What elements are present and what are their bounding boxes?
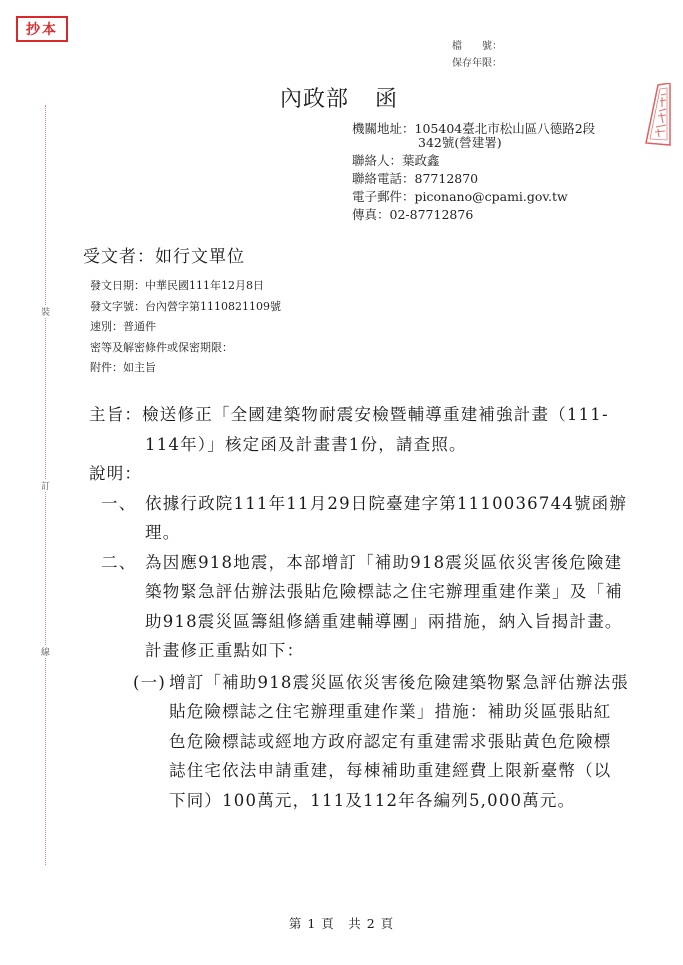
agency-name: 內政部 [280, 87, 349, 112]
contact-person: 葉政鑫 [402, 152, 440, 170]
email-label: 電子郵件： [352, 188, 415, 206]
phone-value: 87712870 [415, 170, 479, 188]
copy-stamp: 抄本 [16, 16, 68, 42]
address-label: 機關地址： [352, 120, 415, 138]
phone-label: 聯絡電話： [352, 170, 415, 188]
file-number-label: 檔 號： [452, 38, 502, 55]
fax-label: 傳真： [352, 206, 390, 224]
document-type: 函 [375, 87, 398, 112]
secrecy-row: 密等及解密條件或保密期限： [90, 338, 281, 359]
dispatch-number-label: 發文字號： [90, 300, 145, 313]
recipient-value: 如行文單位 [155, 247, 245, 267]
dispatch-info: 發文日期：中華民國111年12月8日 發文字號：台內營字第1110821109號… [90, 276, 281, 379]
retention-label: 保存年限： [452, 55, 502, 72]
page-title: 內政部函 [280, 82, 398, 113]
file-meta: 檔 號： 保存年限： [452, 38, 502, 72]
item-text: 為因應918地震，本部增訂「補助918震災區依災害後危險建築物緊急評估辦法張貼危… [145, 553, 623, 661]
speed-value: 普通件 [123, 320, 156, 333]
item-text: 依據行政院111年11月29日院臺建字第1110036744號函辦理。 [145, 494, 627, 543]
binding-mark-xian: 線 [39, 645, 52, 658]
attachment-value: 如主旨 [123, 361, 156, 374]
recipient-label: 受文者： [83, 247, 155, 267]
explanation-item-2: 二、 為因應918地震，本部增訂「補助918震災區依災害後危險建築物緊急評估辦法… [89, 548, 629, 666]
speed-label: 速別： [90, 320, 123, 333]
page-number: 第 1 頁 共 2 頁 [0, 914, 683, 932]
document-body: 主旨：檢送修正「全國建築物耐震安檢暨輔導重建補強計畫（111-114年）」核定函… [89, 400, 629, 815]
subject-text: 檢送修正「全國建築物耐震安檢暨輔導重建補強計畫（111-114年）」核定函及計畫… [142, 405, 609, 454]
item-number: 二、 [101, 548, 136, 578]
official-seal-icon [640, 83, 672, 147]
explanation-heading: 說明： [89, 459, 629, 489]
copy-stamp-label: 抄本 [26, 19, 58, 39]
binding-mark-zhuang: 裝 [39, 305, 52, 318]
attachment-row: 附件：如主旨 [90, 358, 281, 379]
contact-person-label: 聯絡人： [352, 152, 402, 170]
sub-item-number: (一) [133, 668, 166, 698]
explanation-item-1: 一、 依據行政院111年11月29日院臺建字第1110036744號函辦理。 [89, 489, 629, 548]
fax-value: 02-87712876 [390, 206, 474, 224]
sub-item-text: 增訂「補助918震災區依災害後危險建築物緊急評估辦法張貼危險標誌之住宅辦理重建作… [169, 673, 629, 810]
dispatch-date: 中華民國111年12月8日 [145, 279, 264, 292]
secrecy-label: 密等及解密條件或保密期限： [90, 341, 233, 354]
explanation-label: 說明： [89, 464, 142, 483]
dispatch-number: 台內營字第1110821109號 [145, 300, 281, 313]
explanation-sub-item-2-1: (一) 增訂「補助918震災區依災害後危險建築物緊急評估辦法張貼危險標誌之住宅辦… [89, 668, 629, 816]
dispatch-date-label: 發文日期： [90, 279, 145, 292]
recipient: 受文者：如行文單位 [83, 242, 245, 267]
contact-person-row: 聯絡人： 葉政鑫 [352, 152, 595, 170]
file-number-row: 檔 號： [452, 38, 502, 55]
address-line2: 342號(營建署) [418, 134, 502, 152]
item-number: 一、 [101, 489, 136, 519]
dispatch-number-row: 發文字號：台內營字第1110821109號 [90, 297, 281, 318]
speed-row: 速別：普通件 [90, 317, 281, 338]
email-row: 電子郵件： piconano@cpami.gov.tw [352, 188, 595, 206]
subject-label: 主旨： [89, 405, 142, 424]
email-value: piconano@cpami.gov.tw [415, 188, 568, 206]
subject-paragraph: 主旨：檢送修正「全國建築物耐震安檢暨輔導重建補強計畫（111-114年）」核定函… [89, 400, 629, 459]
binding-mark-ding: 訂 [39, 479, 52, 492]
contact-block: 機關地址： 105404臺北市松山區八德路2段 342號(營建署) 聯絡人： 葉… [352, 120, 595, 224]
fax-row: 傳真： 02-87712876 [352, 206, 595, 224]
phone-row: 聯絡電話： 87712870 [352, 170, 595, 188]
retention-row: 保存年限： [452, 55, 502, 72]
dispatch-date-row: 發文日期：中華民國111年12月8日 [90, 276, 281, 297]
attachment-label: 附件： [90, 361, 123, 374]
